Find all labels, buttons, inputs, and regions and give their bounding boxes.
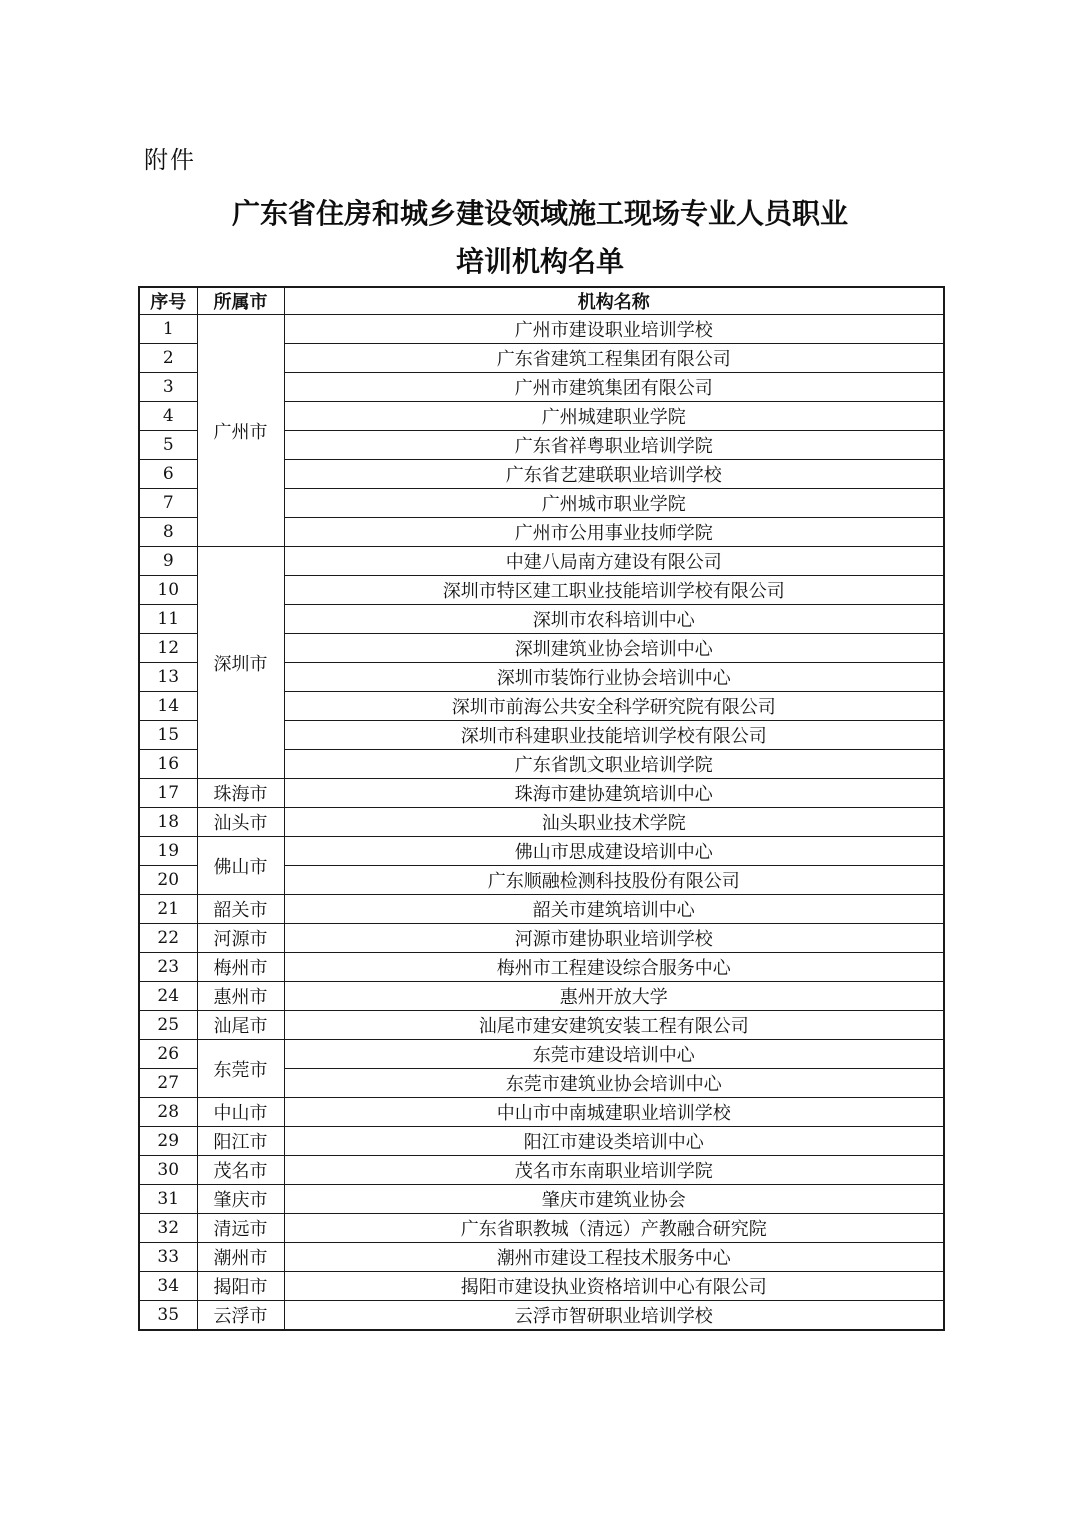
institution-name-cell: 深圳建筑业协会培训中心 bbox=[284, 634, 944, 663]
serial-number-cell: 31 bbox=[139, 1185, 197, 1214]
serial-number-cell: 30 bbox=[139, 1156, 197, 1185]
institution-name-cell: 惠州开放大学 bbox=[284, 982, 944, 1011]
table-row: 25汕尾市汕尾市建安建筑安装工程有限公司 bbox=[139, 1011, 944, 1040]
city-cell: 茂名市 bbox=[197, 1156, 284, 1185]
serial-number-cell: 21 bbox=[139, 895, 197, 924]
city-cell: 云浮市 bbox=[197, 1301, 284, 1330]
city-cell: 梅州市 bbox=[197, 953, 284, 982]
table-header: 序号 所属市 机构名称 bbox=[139, 287, 944, 315]
institution-name-cell: 广州城建职业学院 bbox=[284, 402, 944, 431]
institution-name-cell: 汕头职业技术学院 bbox=[284, 808, 944, 837]
city-cell: 广州市 bbox=[197, 315, 284, 547]
institution-name-cell: 广州市建筑集团有限公司 bbox=[284, 373, 944, 402]
institution-name-cell: 河源市建协职业培训学校 bbox=[284, 924, 944, 953]
serial-number-cell: 9 bbox=[139, 547, 197, 576]
table-body: 1广州市广州市建设职业培训学校2广东省建筑工程集团有限公司3广州市建筑集团有限公… bbox=[139, 315, 944, 1330]
city-cell: 中山市 bbox=[197, 1098, 284, 1127]
serial-number-cell: 11 bbox=[139, 605, 197, 634]
institution-name-cell: 茂名市东南职业培训学院 bbox=[284, 1156, 944, 1185]
page-title-line1: 广东省住房和城乡建设领域施工现场专业人员职业 bbox=[0, 190, 1080, 238]
serial-number-cell: 12 bbox=[139, 634, 197, 663]
table-row: 32清远市广东省职教城（清远）产教融合研究院 bbox=[139, 1214, 944, 1243]
institution-name-cell: 佛山市思成建设培训中心 bbox=[284, 837, 944, 866]
serial-number-cell: 17 bbox=[139, 779, 197, 808]
institution-name-cell: 广东省职教城（清远）产教融合研究院 bbox=[284, 1214, 944, 1243]
document-page: { "document": { "attachment_label": "附件"… bbox=[0, 0, 1080, 1528]
institution-name-cell: 广东省凯文职业培训学院 bbox=[284, 750, 944, 779]
city-cell: 东莞市 bbox=[197, 1040, 284, 1098]
table-row: 34揭阳市揭阳市建设执业资格培训中心有限公司 bbox=[139, 1272, 944, 1301]
table-row: 24惠州市惠州开放大学 bbox=[139, 982, 944, 1011]
serial-number-cell: 16 bbox=[139, 750, 197, 779]
table-row: 1广州市广州市建设职业培训学校 bbox=[139, 315, 944, 344]
serial-number-cell: 26 bbox=[139, 1040, 197, 1069]
serial-number-cell: 13 bbox=[139, 663, 197, 692]
institution-name-cell: 东莞市建设培训中心 bbox=[284, 1040, 944, 1069]
city-cell: 阳江市 bbox=[197, 1127, 284, 1156]
serial-number-cell: 3 bbox=[139, 373, 197, 402]
attachment-label: 附件 bbox=[144, 140, 196, 175]
serial-number-cell: 2 bbox=[139, 344, 197, 373]
header-serial-number: 序号 bbox=[139, 287, 197, 315]
serial-number-cell: 10 bbox=[139, 576, 197, 605]
serial-number-cell: 23 bbox=[139, 953, 197, 982]
table-row: 9深圳市中建八局南方建设有限公司 bbox=[139, 547, 944, 576]
institution-name-cell: 阳江市建设类培训中心 bbox=[284, 1127, 944, 1156]
table-row: 23梅州市梅州市工程建设综合服务中心 bbox=[139, 953, 944, 982]
institution-name-cell: 中山市中南城建职业培训学校 bbox=[284, 1098, 944, 1127]
city-cell: 肇庆市 bbox=[197, 1185, 284, 1214]
training-institutions-table: 序号 所属市 机构名称 1广州市广州市建设职业培训学校2广东省建筑工程集团有限公… bbox=[138, 286, 945, 1331]
serial-number-cell: 18 bbox=[139, 808, 197, 837]
city-cell: 佛山市 bbox=[197, 837, 284, 895]
page-title: 广东省住房和城乡建设领域施工现场专业人员职业 培训机构名单 bbox=[0, 190, 1080, 286]
serial-number-cell: 24 bbox=[139, 982, 197, 1011]
serial-number-cell: 15 bbox=[139, 721, 197, 750]
table-row: 29阳江市阳江市建设类培训中心 bbox=[139, 1127, 944, 1156]
header-institution-name: 机构名称 bbox=[284, 287, 944, 315]
serial-number-cell: 29 bbox=[139, 1127, 197, 1156]
institution-name-cell: 云浮市智研职业培训学校 bbox=[284, 1301, 944, 1330]
table-row: 28中山市中山市中南城建职业培训学校 bbox=[139, 1098, 944, 1127]
serial-number-cell: 8 bbox=[139, 518, 197, 547]
city-cell: 珠海市 bbox=[197, 779, 284, 808]
city-cell: 汕尾市 bbox=[197, 1011, 284, 1040]
institution-name-cell: 深圳市科建职业技能培训学校有限公司 bbox=[284, 721, 944, 750]
serial-number-cell: 19 bbox=[139, 837, 197, 866]
institution-name-cell: 深圳市前海公共安全科学研究院有限公司 bbox=[284, 692, 944, 721]
table-row: 30茂名市茂名市东南职业培训学院 bbox=[139, 1156, 944, 1185]
serial-number-cell: 5 bbox=[139, 431, 197, 460]
table-row: 31肇庆市肇庆市建筑业协会 bbox=[139, 1185, 944, 1214]
city-cell: 惠州市 bbox=[197, 982, 284, 1011]
institution-name-cell: 韶关市建筑培训中心 bbox=[284, 895, 944, 924]
serial-number-cell: 14 bbox=[139, 692, 197, 721]
institution-name-cell: 珠海市建协建筑培训中心 bbox=[284, 779, 944, 808]
institution-name-cell: 梅州市工程建设综合服务中心 bbox=[284, 953, 944, 982]
table-row: 22河源市河源市建协职业培训学校 bbox=[139, 924, 944, 953]
table-row: 18汕头市汕头职业技术学院 bbox=[139, 808, 944, 837]
table-row: 19佛山市佛山市思成建设培训中心 bbox=[139, 837, 944, 866]
serial-number-cell: 25 bbox=[139, 1011, 197, 1040]
institution-name-cell: 汕尾市建安建筑安装工程有限公司 bbox=[284, 1011, 944, 1040]
serial-number-cell: 1 bbox=[139, 315, 197, 344]
serial-number-cell: 20 bbox=[139, 866, 197, 895]
institution-name-cell: 广州城市职业学院 bbox=[284, 489, 944, 518]
city-cell: 清远市 bbox=[197, 1214, 284, 1243]
serial-number-cell: 4 bbox=[139, 402, 197, 431]
table-header-row: 序号 所属市 机构名称 bbox=[139, 287, 944, 315]
table-row: 35云浮市云浮市智研职业培训学校 bbox=[139, 1301, 944, 1330]
institution-name-cell: 肇庆市建筑业协会 bbox=[284, 1185, 944, 1214]
city-cell: 河源市 bbox=[197, 924, 284, 953]
institution-name-cell: 潮州市建设工程技术服务中心 bbox=[284, 1243, 944, 1272]
city-cell: 潮州市 bbox=[197, 1243, 284, 1272]
serial-number-cell: 32 bbox=[139, 1214, 197, 1243]
institution-name-cell: 深圳市特区建工职业技能培训学校有限公司 bbox=[284, 576, 944, 605]
institution-name-cell: 深圳市装饰行业协会培训中心 bbox=[284, 663, 944, 692]
serial-number-cell: 35 bbox=[139, 1301, 197, 1330]
institution-name-cell: 广东省祥粤职业培训学院 bbox=[284, 431, 944, 460]
institution-name-cell: 深圳市农科培训中心 bbox=[284, 605, 944, 634]
serial-number-cell: 34 bbox=[139, 1272, 197, 1301]
city-cell: 汕头市 bbox=[197, 808, 284, 837]
city-cell: 深圳市 bbox=[197, 547, 284, 779]
serial-number-cell: 28 bbox=[139, 1098, 197, 1127]
table-row: 26东莞市东莞市建设培训中心 bbox=[139, 1040, 944, 1069]
table-row: 33潮州市潮州市建设工程技术服务中心 bbox=[139, 1243, 944, 1272]
institution-name-cell: 广东顺融检测科技股份有限公司 bbox=[284, 866, 944, 895]
institution-name-cell: 中建八局南方建设有限公司 bbox=[284, 547, 944, 576]
page-title-line2: 培训机构名单 bbox=[0, 238, 1080, 286]
header-city: 所属市 bbox=[197, 287, 284, 315]
serial-number-cell: 27 bbox=[139, 1069, 197, 1098]
institution-name-cell: 广州市公用事业技师学院 bbox=[284, 518, 944, 547]
institution-name-cell: 东莞市建筑业协会培训中心 bbox=[284, 1069, 944, 1098]
table-row: 17珠海市珠海市建协建筑培训中心 bbox=[139, 779, 944, 808]
serial-number-cell: 7 bbox=[139, 489, 197, 518]
institution-name-cell: 广东省艺建联职业培训学校 bbox=[284, 460, 944, 489]
city-cell: 揭阳市 bbox=[197, 1272, 284, 1301]
institution-name-cell: 广东省建筑工程集团有限公司 bbox=[284, 344, 944, 373]
institution-name-cell: 广州市建设职业培训学校 bbox=[284, 315, 944, 344]
serial-number-cell: 6 bbox=[139, 460, 197, 489]
city-cell: 韶关市 bbox=[197, 895, 284, 924]
serial-number-cell: 33 bbox=[139, 1243, 197, 1272]
table-row: 21韶关市韶关市建筑培训中心 bbox=[139, 895, 944, 924]
institution-name-cell: 揭阳市建设执业资格培训中心有限公司 bbox=[284, 1272, 944, 1301]
serial-number-cell: 22 bbox=[139, 924, 197, 953]
